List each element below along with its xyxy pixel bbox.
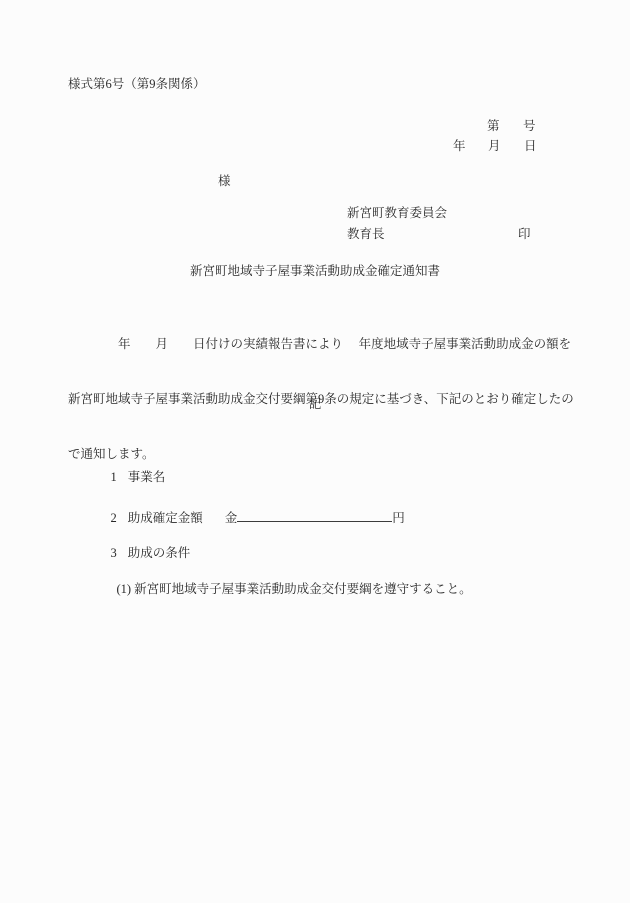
- amount-fill-line: [237, 508, 392, 522]
- item-number: 3: [111, 546, 117, 560]
- doc-number-prefix: 第: [487, 118, 500, 136]
- item-number: 2: [111, 511, 117, 525]
- record-marker: 記: [0, 396, 630, 414]
- amount-unit: 円: [392, 511, 405, 525]
- condition-item: (1)新宮町地域寺子屋事業活動助成金交付要綱を遵守すること。: [104, 563, 472, 616]
- condition-text: 新宮町地域寺子屋事業活動助成金交付要綱を遵守すること。: [134, 582, 472, 596]
- currency-prefix: 金: [225, 511, 238, 525]
- body-paragraph-line: 年 月 日付けの実績報告書により 年度地域寺子屋事業活動助成金の額を: [68, 334, 574, 354]
- item-label: 助成の条件: [128, 546, 191, 560]
- date-month-label: 月: [488, 138, 501, 156]
- condition-number: (1): [117, 582, 132, 596]
- date-year-label: 年: [453, 138, 466, 156]
- document-title: 新宮町地域寺子屋事業活動助成金確定通知書: [0, 263, 630, 281]
- date-day-label: 日: [524, 138, 537, 156]
- seal-mark: 印: [518, 226, 531, 244]
- item-label: 事業名: [128, 470, 166, 484]
- item-number: 1: [111, 470, 117, 484]
- doc-number-suffix: 号: [523, 118, 536, 136]
- form-number: 様式第6号（第9条関係）: [68, 76, 206, 94]
- issuer-organization: 新宮町教育委員会: [347, 205, 447, 223]
- document-page: 様式第6号（第9条関係） 第 号 年 月 日 様 新宮町教育委員会 教育長 印 …: [0, 0, 630, 903]
- item-label: 助成確定金額: [128, 511, 203, 525]
- issuer-title: 教育長: [347, 226, 385, 244]
- addressee-honorific: 様: [218, 173, 231, 191]
